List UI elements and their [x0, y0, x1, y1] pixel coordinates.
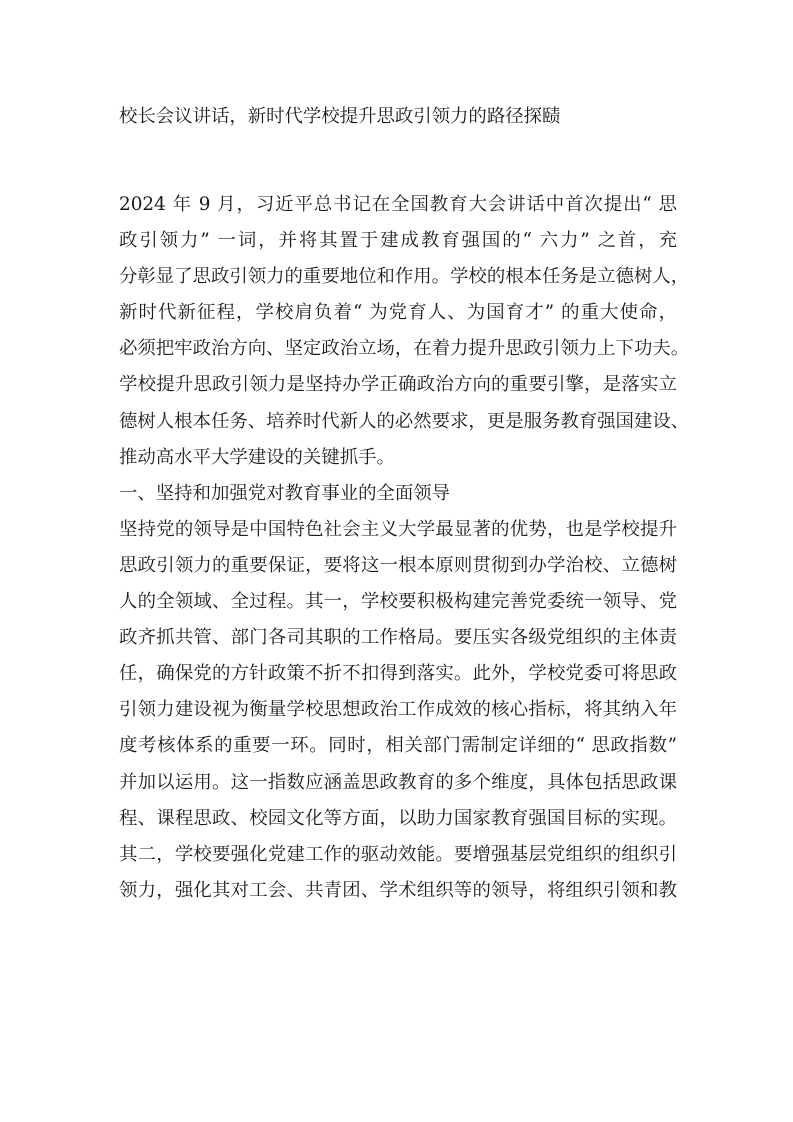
document-title: 校长会议讲话，新时代学校提升思政引领力的路径探赜 — [119, 104, 677, 130]
text-line: 德树人根本任务、培养时代新人的必然要求，更是服务教育强国建设、 — [119, 404, 677, 440]
text-line: 政齐抓共管、部门各司其职的工作格局。要压实各级党组织的主体责 — [119, 620, 677, 656]
text-line: 引领力建设视为衡量学校思想政治工作成效的核心指标，将其纳入年 — [119, 692, 677, 728]
text-line: 新时代新征程，学校肩负着“ 为党育人、为国育才” 的重大使命， — [119, 295, 677, 331]
text-line: 坚持党的领导是中国特色社会主义大学最显著的优势，也是学校提升 — [119, 512, 677, 548]
text-line: 分彰显了思政引领力的重要地位和作用。学校的根本任务是立德树人， — [119, 259, 677, 295]
text-line: 政引领力” 一词，并将其置于建成教育强国的“ 六力” 之首，充 — [119, 223, 677, 259]
text-line: 任，确保党的方针政策不折不扣得到落实。此外，学校党委可将思政 — [119, 656, 677, 692]
document-page: 校长会议讲话，新时代学校提升思政引领力的路径探赜 2024 年 9 月，习近平总… — [119, 104, 677, 909]
text-line: 学校提升思政引领力是坚持办学正确政治方向的重要引擎，是落实立 — [119, 367, 677, 403]
text-line: 其二，学校要强化党建工作的驱动效能。要增强基层党组织的组织引 — [119, 837, 677, 873]
text-line: 2024 年 9 月，习近平总书记在全国教育大会讲话中首次提出“ 思 — [119, 187, 677, 223]
section-heading: 一、坚持和加强党对教育事业的全面领导 — [119, 476, 677, 512]
text-line: 领力，强化其对工会、共青团、学术组织等的领导，将组织引领和教 — [119, 873, 677, 909]
text-line: 推动高水平大学建设的关键抓手。 — [119, 440, 677, 476]
text-line: 人的全领域、全过程。其一，学校要积极构建完善党委统一领导、党 — [119, 584, 677, 620]
text-line: 程、课程思政、校园文化等方面，以助力国家教育强国目标的实现。 — [119, 801, 677, 837]
document-body: 2024 年 9 月，习近平总书记在全国教育大会讲话中首次提出“ 思政引领力” … — [119, 187, 677, 909]
text-line: 度考核体系的重要一环。同时，相关部门需制定详细的“ 思政指数” — [119, 728, 677, 764]
text-line: 并加以运用。这一指数应涵盖思政教育的多个维度，具体包括思政课 — [119, 765, 677, 801]
text-line: 思政引领力的重要保证，要将这一根本原则贯彻到办学治校、立德树 — [119, 548, 677, 584]
text-line: 必须把牢政治方向、坚定政治立场，在着力提升思政引领力上下功夫。 — [119, 331, 677, 367]
